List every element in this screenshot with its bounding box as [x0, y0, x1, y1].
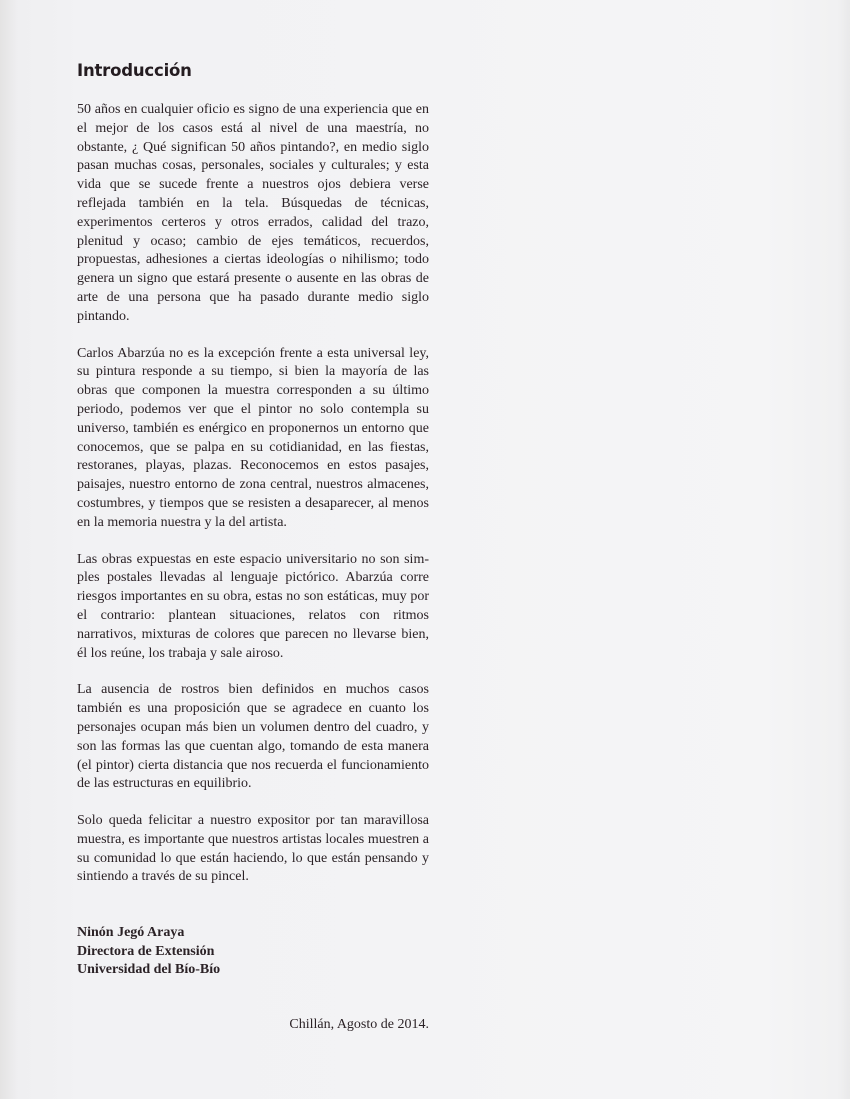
signature-institution: Universidad del Bío-Bío [77, 961, 429, 980]
place-date: Chillán, Agosto de 2014. [77, 1016, 429, 1034]
page-edge-right [838, 0, 850, 1099]
paragraph-1: 50 años en cualquier oficio es signo de … [77, 101, 429, 327]
page-title: Introducción [77, 60, 429, 82]
document-body: Introducción 50 años en cualquier oficio… [77, 60, 429, 1034]
paragraph-3: Las obras expuestas en este espacio univ… [77, 551, 429, 664]
paragraph-2: Carlos Abarzúa no es la excepción frente… [77, 345, 429, 533]
page-edge-left [0, 0, 18, 1099]
signature-block: Ninón Jegó Araya Directora de Extensión … [77, 924, 429, 980]
paragraph-4: La ausencia de rostros bien definidos en… [77, 681, 429, 794]
paragraph-5: Solo queda felicitar a nuestro expositor… [77, 812, 429, 887]
signature-position: Directora de Extensión [77, 943, 429, 962]
signature-name: Ninón Jegó Araya [77, 924, 429, 943]
